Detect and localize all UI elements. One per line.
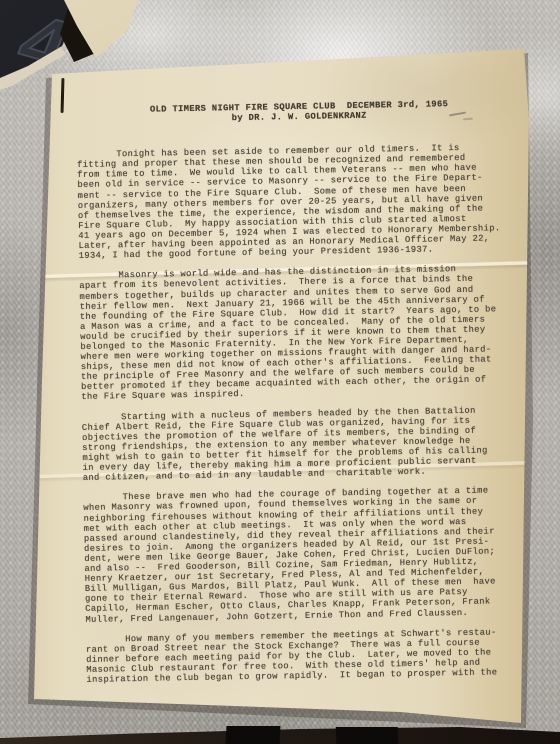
document-photo: 4 OLD TIMERS NIGHT FIRE SQUARE CLUB DECE…	[0, 0, 560, 744]
document-paragraph: How many of you members remember the mee…	[86, 626, 533, 685]
table-leg	[336, 727, 399, 744]
document-paragraph: These brave men who had the courage of b…	[83, 485, 531, 624]
document-paragraph: Masonry is world wide and has the distin…	[79, 263, 527, 402]
paper-sheet: OLD TIMERS NIGHT FIRE SQUARE CLUB DECEMB…	[0, 0, 560, 744]
typed-document: OLD TIMERS NIGHT FIRE SQUARE CLUB DECEMB…	[76, 98, 533, 685]
pen-mark	[61, 78, 65, 113]
document-paragraph: Starting with a nucleus of members heade…	[82, 404, 529, 483]
table-leg	[226, 726, 281, 744]
document-paragraph: Tonight has been set aside to remember o…	[77, 142, 525, 261]
